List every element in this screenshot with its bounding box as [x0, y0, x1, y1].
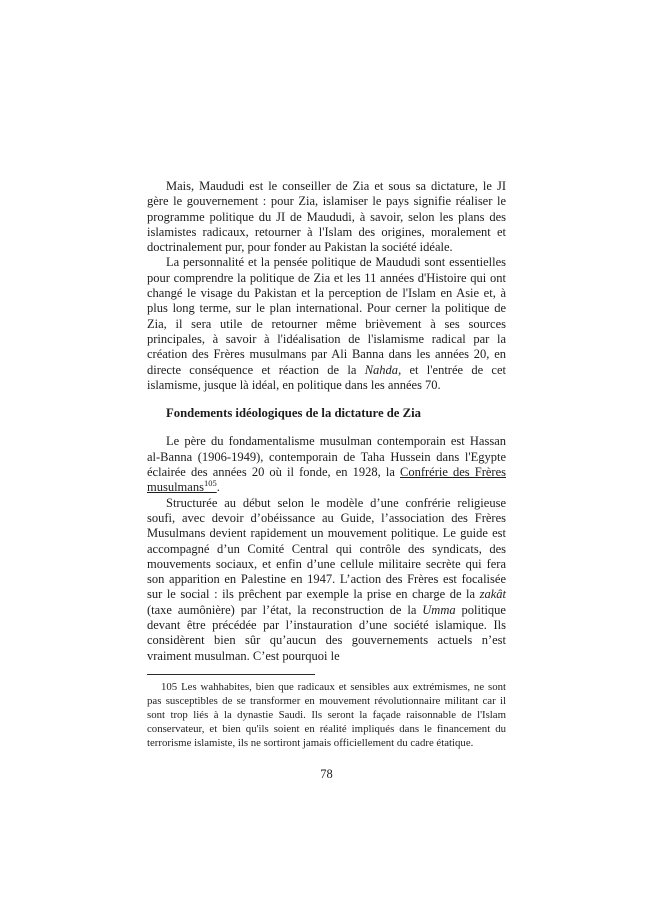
body-paragraph: Structurée au début selon le modèle d’un… — [147, 496, 506, 664]
paragraph-text: Structurée au début selon le modèle d’un… — [147, 496, 506, 602]
body-paragraph: La personnalité et la pensée politique d… — [147, 255, 506, 393]
italic-term-zakat: zakât — [480, 587, 506, 601]
page-number: 78 — [147, 767, 506, 782]
document-page: Mais, Maududi est le conseiller de Zia e… — [0, 0, 650, 920]
body-paragraph: Mais, Maududi est le conseiller de Zia e… — [147, 179, 506, 255]
paragraph-text: (taxe aumônière) par l’état, la reconstr… — [147, 603, 422, 617]
paragraph-text: . — [217, 480, 220, 494]
italic-term-nahda: Nahda — [365, 363, 398, 377]
text-block: Mais, Maududi est le conseiller de Zia e… — [147, 179, 506, 782]
paragraph-text: La personnalité et la pensée politique d… — [147, 255, 506, 376]
section-heading: Fondements idéologiques de la dictature … — [147, 406, 506, 421]
footnote: 105 Les wahhabites, bien que radicaux et… — [147, 680, 506, 750]
body-paragraph: Le père du fondamentalisme musulman cont… — [147, 434, 506, 495]
paragraph-text: Mais, Maududi est le conseiller de Zia e… — [147, 179, 506, 254]
footnote-separator — [147, 674, 315, 675]
italic-term-umma: Umma — [422, 603, 455, 617]
footnote-reference: 105 — [204, 478, 217, 488]
